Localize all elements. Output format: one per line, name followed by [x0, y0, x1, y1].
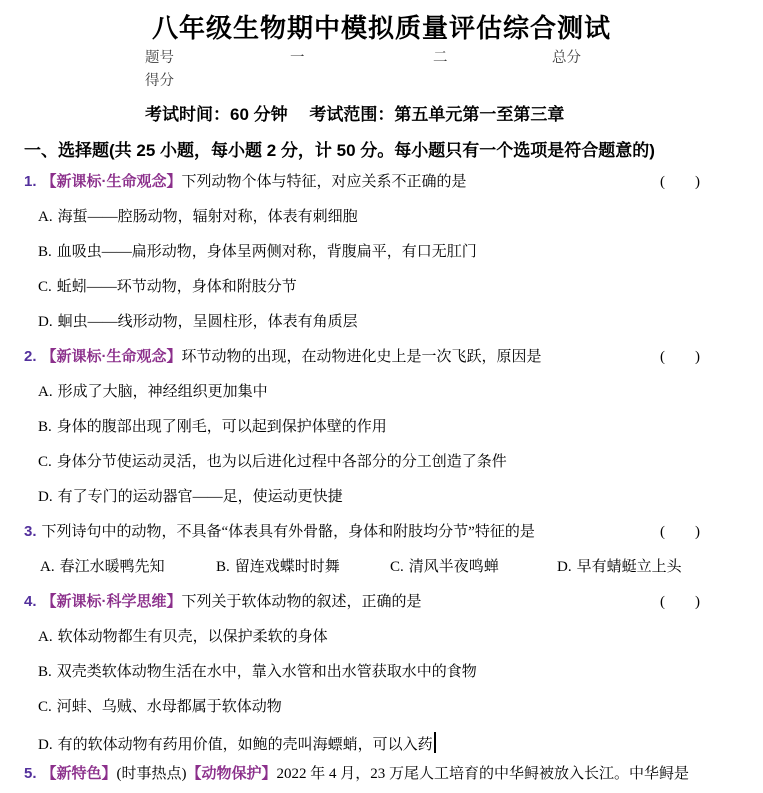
option-label: A. [38, 209, 53, 225]
option-row: A.海蜇——腔肠动物，辐射对称，体表有刺细胞 [38, 207, 743, 227]
question-stem-text: 下列动物个体与特征，对应关系不正确的是 [182, 174, 467, 190]
option-text: 身体分节使运动灵活，也为以后进化过程中各部分的分工创造了条件 [57, 454, 507, 470]
question-stem-text: 2022 年 4 月，23 万尾人工培育的中华鲟被放入长江。中华鲟是 [277, 766, 690, 782]
option-row: B.血吸虫——扁形动物，身体呈两侧对称，背腹扁平，有口无肛门 [38, 242, 743, 262]
option-a: A.春江水暖鸭先知 [40, 557, 216, 577]
option-row: C.蚯蚓——环节动物，身体和附肢分节 [38, 277, 743, 297]
question-stem-5: 5.【新特色】(时事热点)【动物保护】2022 年 4 月，23 万尾人工培育的… [24, 764, 743, 784]
option-row: C.身体分节使运动灵活，也为以后进化过程中各部分的分工创造了条件 [38, 452, 743, 472]
question-number: 3. [24, 523, 37, 540]
option-label: C. [38, 454, 52, 470]
option-text: 蛔虫——线形动物，呈圆柱形，体表有角质层 [58, 314, 358, 330]
option-row: D.有了专门的运动器官——足，使运动更快捷 [38, 487, 743, 507]
option-text: 身体的腹部出现了刚毛，可以起到保护体壁的作用 [57, 419, 387, 435]
question-stem-3: 3.下列诗句中的动物，不具备“体表具有外骨骼，身体和附肢均分节”特征的是 ( ) [24, 522, 743, 542]
score-table-col-1: 一 [290, 50, 305, 67]
question-number: 1. [24, 173, 37, 190]
question-stem-text: 下列诗句中的动物，不具备“体表具有外骨骼，身体和附肢均分节”特征的是 [42, 524, 535, 540]
score-table-row2-label: 得分 [145, 73, 174, 90]
option-text: 清风半夜鸣蝉 [409, 559, 499, 575]
text-cursor [434, 732, 436, 753]
score-table-col-2: 二 [433, 50, 448, 67]
option-label: B. [38, 664, 52, 680]
answer-blank: ( ) [660, 592, 700, 612]
question-stem-text: 环节动物的出现，在动物进化史上是一次飞跃，原因是 [182, 349, 542, 365]
option-label: A. [40, 559, 55, 575]
question-tag-2: 【动物保护】 [187, 765, 277, 782]
document-page[interactable]: { "colors": { "tag_purple": "#8b2f8b", "… [0, 0, 763, 793]
question-number: 5. [24, 765, 37, 782]
option-label: C. [38, 699, 52, 715]
option-label: C. [38, 279, 52, 295]
option-row: B.双壳类软体动物生活在水中，靠入水管和出水管获取水中的食物 [38, 662, 743, 682]
question-stem-2: 2.【新课标·生命观念】环节动物的出现，在动物进化史上是一次飞跃，原因是 ( ) [24, 347, 743, 367]
question-tag: 【新课标·生命观念】 [42, 348, 182, 365]
option-row: C.河蚌、乌贼、水母都属于软体动物 [38, 697, 743, 717]
option-d: D.早有蜻蜓立上头 [557, 557, 682, 577]
option-text: 河蚌、乌贼、水母都属于软体动物 [57, 699, 282, 715]
question-note: (时事热点) [117, 766, 187, 782]
section-heading: 一、选择题(共 25 小题，每小题 2 分，计 50 分。每小题只有一个选项是符… [24, 136, 655, 161]
option-label: D. [38, 489, 53, 505]
option-label: D. [557, 559, 572, 575]
answer-blank: ( ) [660, 347, 700, 367]
option-c: C.清风半夜鸣蝉 [390, 557, 557, 577]
question-number: 4. [24, 593, 37, 610]
page-title: 八年级生物期中模拟质量评估综合测试 [0, 8, 763, 45]
option-row: D.蛔虫——线形动物，呈圆柱形，体表有角质层 [38, 312, 743, 332]
score-table-header-label: 题号 [145, 50, 174, 67]
option-text: 形成了大脑，神经组织更加集中 [58, 384, 268, 400]
option-text: 海蜇——腔肠动物，辐射对称，体表有刺细胞 [58, 209, 358, 225]
option-label: B. [38, 244, 52, 260]
option-b: B.留连戏蝶时时舞 [216, 557, 390, 577]
option-label: A. [38, 384, 53, 400]
option-text: 早有蜻蜓立上头 [577, 559, 682, 575]
question-tag: 【新课标·生命观念】 [42, 173, 182, 190]
option-row: B.身体的腹部出现了刚毛，可以起到保护体壁的作用 [38, 417, 743, 437]
option-label: B. [38, 419, 52, 435]
question-stem-4: 4.【新课标·科学思维】下列关于软体动物的叙述，正确的是 ( ) [24, 592, 743, 612]
option-text: 有的软体动物有药用价值，如鲍的壳叫海螵蛸，可以入药 [58, 737, 433, 753]
option-label: D. [38, 314, 53, 330]
question-tag: 【新课标·科学思维】 [42, 593, 182, 610]
question-stem-1: 1.【新课标·生命观念】下列动物个体与特征，对应关系不正确的是 ( ) [24, 172, 743, 192]
option-label: B. [216, 559, 230, 575]
option-label: C. [390, 559, 404, 575]
question-tag: 【新特色】 [42, 765, 117, 782]
question-stem-text: 下列关于软体动物的叙述，正确的是 [182, 594, 422, 610]
option-text: 软体动物都生有贝壳，以保护柔软的身体 [58, 629, 328, 645]
option-row-inline: A.春江水暖鸭先知B.留连戏蝶时时舞C.清风半夜鸣蝉D.早有蜻蜓立上头 [40, 557, 743, 577]
option-label: D. [38, 737, 53, 753]
exam-info: 考试时间：60 分钟 考试范围：第五单元第一至第三章 [145, 100, 564, 125]
option-row: D.有的软体动物有药用价值，如鲍的壳叫海螵蛸，可以入药 [38, 732, 743, 755]
option-text: 蚯蚓——环节动物，身体和附肢分节 [57, 279, 297, 295]
option-label: A. [38, 629, 53, 645]
option-text: 有了专门的运动器官——足，使运动更快捷 [58, 489, 343, 505]
option-text: 春江水暖鸭先知 [60, 559, 165, 575]
option-text: 双壳类软体动物生活在水中，靠入水管和出水管获取水中的食物 [57, 664, 477, 680]
score-table-col-total: 总分 [552, 50, 581, 67]
answer-blank: ( ) [660, 522, 700, 542]
option-row: A.软体动物都生有贝壳，以保护柔软的身体 [38, 627, 743, 647]
option-text: 血吸虫——扁形动物，身体呈两侧对称，背腹扁平，有口无肛门 [57, 244, 477, 260]
question-number: 2. [24, 348, 37, 365]
option-text: 留连戏蝶时时舞 [235, 559, 340, 575]
answer-blank: ( ) [660, 172, 700, 192]
option-row: A.形成了大脑，神经组织更加集中 [38, 382, 743, 402]
